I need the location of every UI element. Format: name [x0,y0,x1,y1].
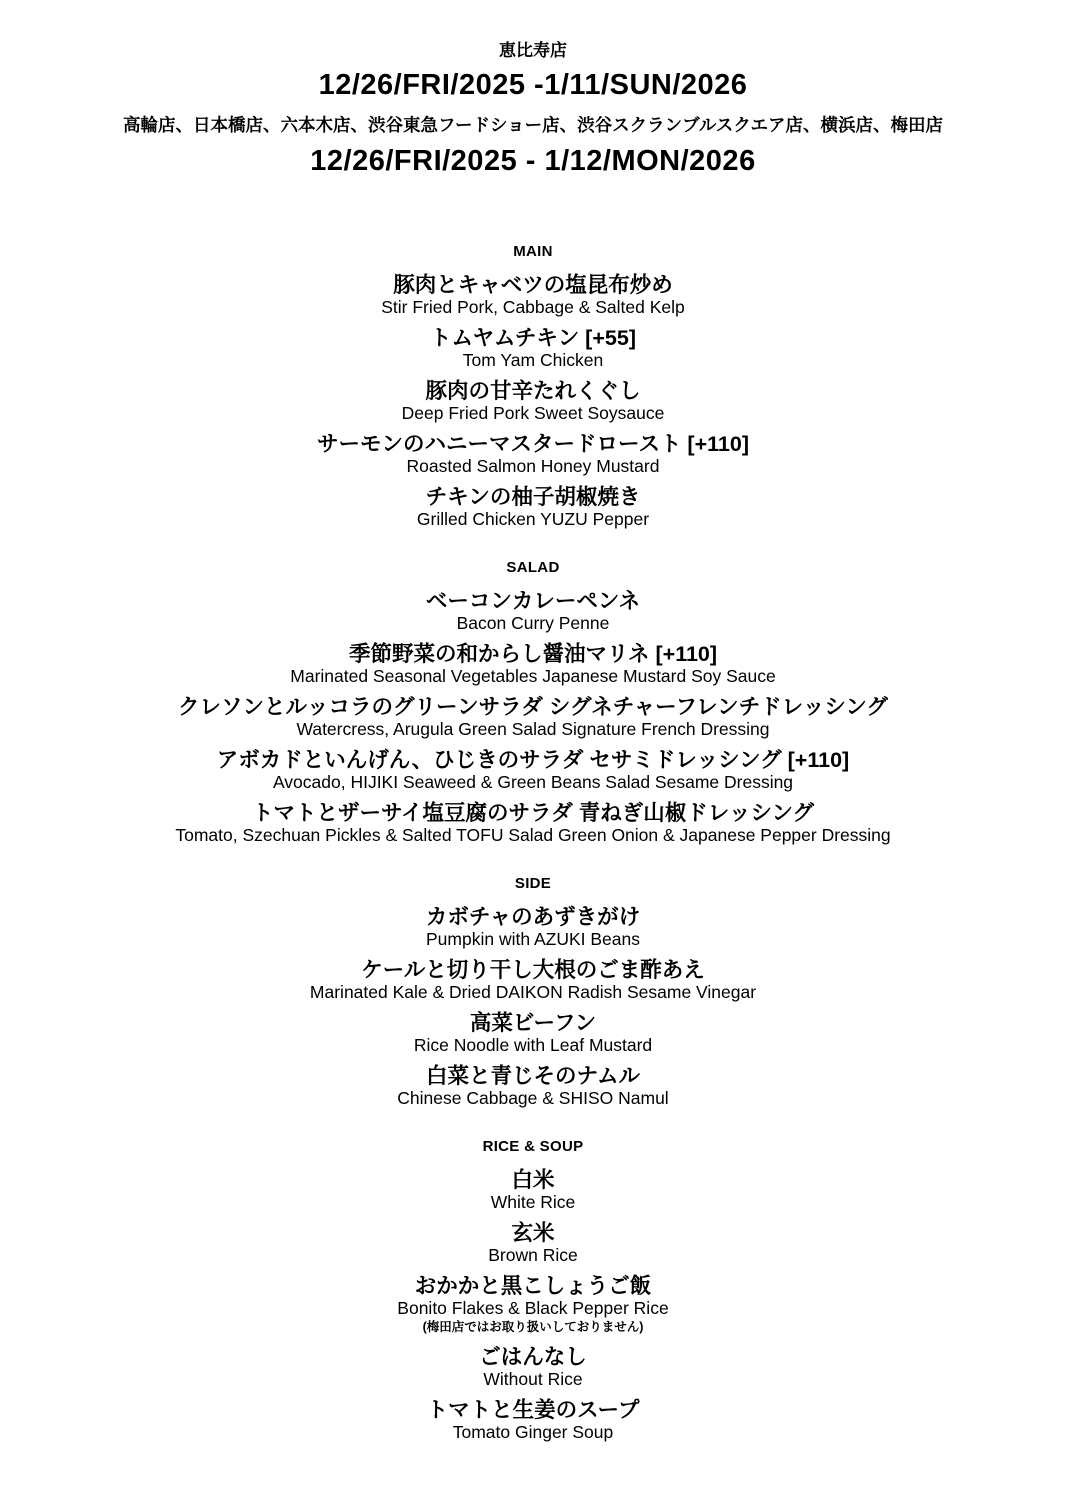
menu-section: SALAD ベーコンカレーペンネ Bacon Curry Penne 季節野菜の… [0,559,1066,845]
item-name-ja: トマトとザーサイ塩豆腐のサラダ 青ねぎ山椒ドレッシング [0,801,1066,825]
menu-item: 玄米 Brown Rice [0,1221,1066,1265]
item-name-ja: ごはんなし [0,1345,1066,1369]
menu-section: MAIN 豚肉とキャベツの塩昆布炒め Stir Fried Pork, Cabb… [0,243,1066,529]
item-name-ja: クレソンとルッコラのグリーンサラダ シグネチャーフレンチドレッシング [0,695,1066,719]
item-name-ja: ケールと切り干し大根のごま酢あえ [0,958,1066,982]
item-name-en: Chinese Cabbage & SHISO Namul [0,1088,1066,1108]
menu-item: トムヤムチキン [+55] Tom Yam Chicken [0,326,1066,370]
item-name-en: White Rice [0,1192,1066,1212]
menu-item: ベーコンカレーペンネ Bacon Curry Penne [0,589,1066,633]
menu-item: 季節野菜の和からし醤油マリネ [+110] Marinated Seasonal… [0,642,1066,686]
item-name-en: Watercress, Arugula Green Salad Signatur… [0,719,1066,739]
item-name-en: Bacon Curry Penne [0,613,1066,633]
menu-item: 豚肉とキャベツの塩昆布炒め Stir Fried Pork, Cabbage &… [0,273,1066,317]
menu-item: おかかと黒こしょうご飯 Bonito Flakes & Black Pepper… [0,1274,1066,1336]
item-name-en: Rice Noodle with Leaf Mustard [0,1035,1066,1055]
menu-header: 恵比寿店 12/26/FRI/2025 -1/11/SUN/2026 高輪店、日… [0,40,1066,178]
section-items: 豚肉とキャベツの塩昆布炒め Stir Fried Pork, Cabbage &… [0,273,1066,529]
item-name-ja: 高菜ビーフン [0,1011,1066,1035]
item-name-ja: 玄米 [0,1221,1066,1245]
menu-item: ケールと切り干し大根のごま酢あえ Marinated Kale & Dried … [0,958,1066,1002]
section-title: SIDE [0,875,1066,893]
item-name-ja: トムヤムチキン [+55] [0,326,1066,350]
item-name-ja: チキンの柚子胡椒焼き [0,485,1066,509]
menu-item: 白菜と青じそのナムル Chinese Cabbage & SHISO Namul [0,1064,1066,1108]
item-name-en: Pumpkin with AZUKI Beans [0,929,1066,949]
item-name-en: Tomato, Szechuan Pickles & Salted TOFU S… [0,825,1066,845]
item-name-en: Roasted Salmon Honey Mustard [0,456,1066,476]
store-list: 高輪店、日本橋店、六本木店、渋谷東急フードショー店、渋谷スクランブルスクエア店、… [0,114,1066,136]
section-items: カボチャのあずきがけ Pumpkin with AZUKI Beans ケールと… [0,905,1066,1108]
item-name-en: Marinated Kale & Dried DAIKON Radish Ses… [0,982,1066,1002]
item-name-en: Brown Rice [0,1245,1066,1265]
item-name-en: Grilled Chicken YUZU Pepper [0,509,1066,529]
menu-item: サーモンのハニーマスタードロースト [+110] Roasted Salmon … [0,432,1066,476]
item-name-en: Marinated Seasonal Vegetables Japanese M… [0,666,1066,686]
item-name-ja: 季節野菜の和からし醤油マリネ [+110] [0,642,1066,666]
item-name-ja: カボチャのあずきがけ [0,905,1066,929]
date-range-2: 12/26/FRI/2025 - 1/12/MON/2026 [0,144,1066,178]
item-name-ja: アボカドといんげん、ひじきのサラダ セサミドレッシング [+110] [0,748,1066,772]
item-name-ja: 豚肉の甘辛たれくぐし [0,379,1066,403]
menu-item: カボチャのあずきがけ Pumpkin with AZUKI Beans [0,905,1066,949]
menu-sections: MAIN 豚肉とキャベツの塩昆布炒め Stir Fried Pork, Cabb… [0,243,1066,1442]
section-title: MAIN [0,243,1066,261]
item-name-ja: 白米 [0,1168,1066,1192]
menu-item: 豚肉の甘辛たれくぐし Deep Fried Pork Sweet Soysauc… [0,379,1066,423]
item-name-ja: 白菜と青じそのナムル [0,1064,1066,1088]
menu-page: 恵比寿店 12/26/FRI/2025 -1/11/SUN/2026 高輪店、日… [0,0,1066,1498]
item-name-ja: ベーコンカレーペンネ [0,589,1066,613]
item-name-en: Stir Fried Pork, Cabbage & Salted Kelp [0,297,1066,317]
menu-section: SIDE カボチャのあずきがけ Pumpkin with AZUKI Beans… [0,875,1066,1108]
menu-item: 高菜ビーフン Rice Noodle with Leaf Mustard [0,1011,1066,1055]
menu-item: トマトとザーサイ塩豆腐のサラダ 青ねぎ山椒ドレッシング Tomato, Szec… [0,801,1066,845]
menu-item: ごはんなし Without Rice [0,1345,1066,1389]
store-name: 恵比寿店 [0,40,1066,62]
item-name-en: Deep Fried Pork Sweet Soysauce [0,403,1066,423]
item-name-en: Tomato Ginger Soup [0,1422,1066,1442]
item-name-ja: サーモンのハニーマスタードロースト [+110] [0,432,1066,456]
menu-item: クレソンとルッコラのグリーンサラダ シグネチャーフレンチドレッシング Water… [0,695,1066,739]
item-name-en: Without Rice [0,1369,1066,1389]
section-title: SALAD [0,559,1066,577]
date-range-1: 12/26/FRI/2025 -1/11/SUN/2026 [0,68,1066,102]
item-name-ja: 豚肉とキャベツの塩昆布炒め [0,273,1066,297]
item-note: (梅田店ではお取り扱いしておりません) [0,1318,1066,1336]
section-items: ベーコンカレーペンネ Bacon Curry Penne 季節野菜の和からし醤油… [0,589,1066,845]
menu-item: チキンの柚子胡椒焼き Grilled Chicken YUZU Pepper [0,485,1066,529]
menu-item: アボカドといんげん、ひじきのサラダ セサミドレッシング [+110] Avoca… [0,748,1066,792]
item-name-en: Bonito Flakes & Black Pepper Rice [0,1298,1066,1318]
menu-section: RICE & SOUP 白米 White Rice 玄米 Brown Rice … [0,1138,1066,1442]
item-name-en: Avocado, HIJIKI Seaweed & Green Beans Sa… [0,772,1066,792]
menu-item: トマトと生姜のスープ Tomato Ginger Soup [0,1398,1066,1442]
section-items: 白米 White Rice 玄米 Brown Rice おかかと黒こしょうご飯 … [0,1168,1066,1442]
item-name-ja: トマトと生姜のスープ [0,1398,1066,1422]
menu-item: 白米 White Rice [0,1168,1066,1212]
section-title: RICE & SOUP [0,1138,1066,1156]
item-name-en: Tom Yam Chicken [0,350,1066,370]
item-name-ja: おかかと黒こしょうご飯 [0,1274,1066,1298]
